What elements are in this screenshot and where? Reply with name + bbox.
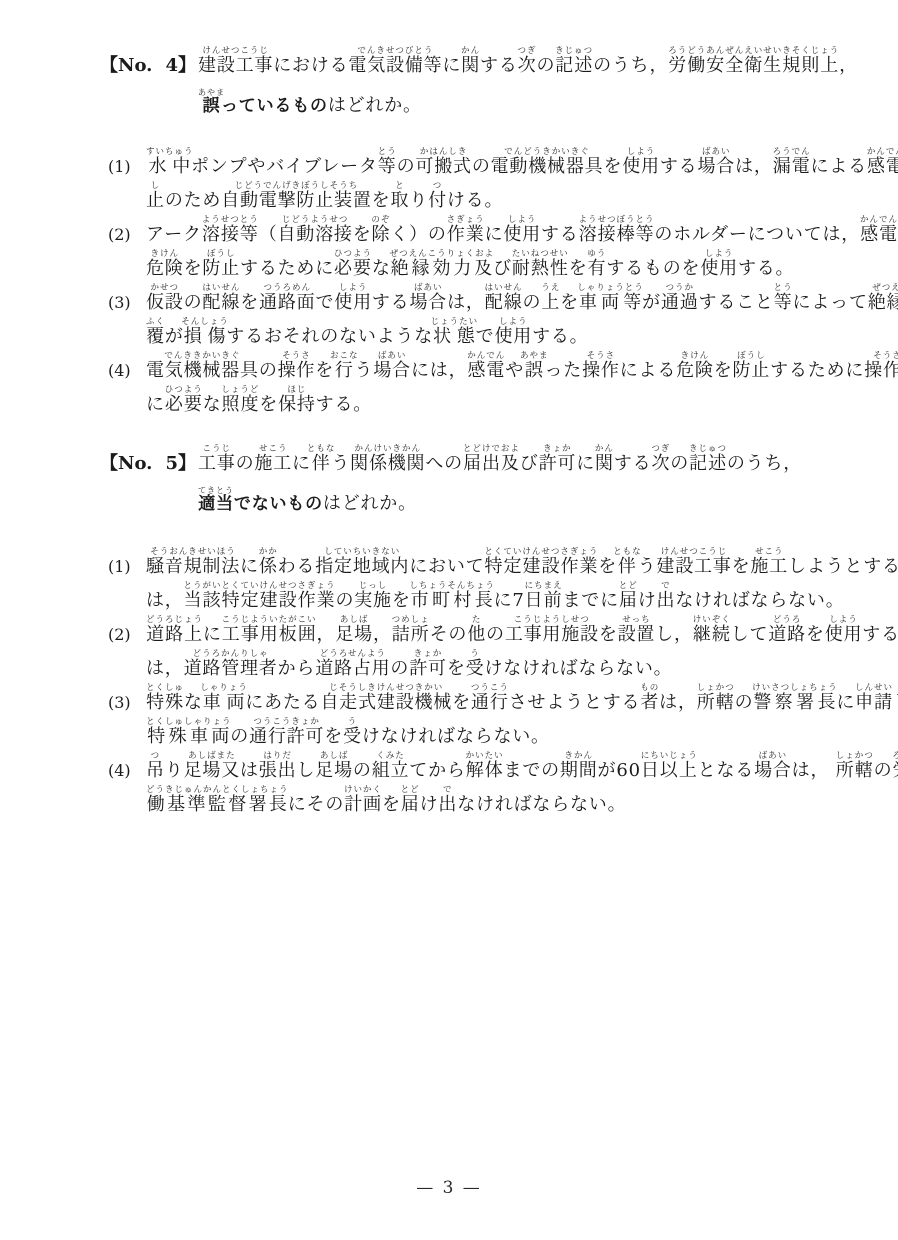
question-label-number: 4】 [165, 40, 196, 80]
question-no4-options: (1) 水中すいちゅうポンプやバイブレータ等とうの可搬式かはんしきの電動機械器具… [108, 144, 898, 416]
question-no4-number-label: 【No. 4】 [100, 40, 196, 80]
question-no4: 【No. 4】 建設工事けんせつこうじにおける電気設備等でんきせつびとうに関かん… [0, 40, 898, 416]
question-no5: 【No. 5】 工事こうじの施工せこうに伴ともなう関係機関かんけいきかんへの届出… [0, 438, 898, 816]
option-row: (4) 吊つり足場又あしばまたは張出はりだし足場あしばの組立くみたてから解体かい… [108, 748, 898, 816]
option-row: (3) 仮設かせつの配線はいせんを通路面つうろめんで使用しようする場合ばあいは，… [108, 280, 898, 348]
option-number: (1) [108, 544, 146, 578]
option-number: (3) [108, 280, 146, 314]
option-number: (1) [108, 144, 146, 178]
option-row: (4) 電気機械器具でんききかいきぐの操作そうさを行おこなう場合ばあいには，感電… [108, 348, 898, 416]
option-text: アーク溶接等ようせつとう（自動溶接じどうようせつを除のぞく）の作業さぎょうに使用… [146, 212, 898, 280]
option-number: (4) [108, 748, 146, 782]
option-text: 特殊とくしゅな車両しゃりょうにあたる自走式建設機械じそうしきけんせつきかいを通行… [146, 680, 898, 748]
option-number: (2) [108, 212, 146, 246]
question-no5-header-row: 【No. 5】 工事こうじの施工せこうに伴ともなう関係機関かんけいきかんへの届出… [100, 438, 898, 518]
option-text: 騒音規制法そうおんきせいほうに係かかわる指定地域内していちいきないにおいて特定建… [146, 544, 898, 612]
option-row: (1) 水中すいちゅうポンプやバイブレータ等とうの可搬式かはんしきの電動機械器具… [108, 144, 898, 212]
question-no5-text: 工事こうじの施工せこうに伴ともなう関係機関かんけいきかんへの届出及とどけでおよび… [198, 438, 802, 518]
question-label-prefix: 【No. [100, 40, 152, 80]
question-no5-options: (1) 騒音規制法そうおんきせいほうに係かかわる指定地域内していちいきないにおい… [108, 544, 898, 816]
exam-page: 【No. 4】 建設工事けんせつこうじにおける電気設備等でんきせつびとうに関かん… [0, 0, 898, 1240]
option-number: (4) [108, 348, 146, 382]
option-row: (3) 特殊とくしゅな車両しゃりょうにあたる自走式建設機械じそうしきけんせつきか… [108, 680, 898, 748]
question-label-prefix: 【No. [100, 438, 152, 478]
question-no4-header-row: 【No. 4】 建設工事けんせつこうじにおける電気設備等でんきせつびとうに関かん… [100, 40, 898, 120]
page-number: — 3 — [0, 1178, 898, 1198]
option-number: (3) [108, 680, 146, 714]
option-row: (2) 道路上どうろじょうに工事用板囲こうじよういたがこい，足場あしば，詰所つめ… [108, 612, 898, 680]
option-text: 道路上どうろじょうに工事用板囲こうじよういたがこい，足場あしば，詰所つめしょその… [146, 612, 898, 680]
option-text: 仮設かせつの配線はいせんを通路面つうろめんで使用しようする場合ばあいは，配線はい… [146, 280, 898, 348]
option-text: 吊つり足場又あしばまたは張出はりだし足場あしばの組立くみたてから解体かいたいまで… [146, 748, 898, 816]
option-text: 電気機械器具でんききかいきぐの操作そうさを行おこなう場合ばあいには，感電かんでん… [146, 348, 898, 416]
option-text: 水中すいちゅうポンプやバイブレータ等とうの可搬式かはんしきの電動機械器具でんどう… [146, 144, 898, 212]
option-number: (2) [108, 612, 146, 646]
question-no4-text: 建設工事けんせつこうじにおける電気設備等でんきせつびとうに関かんする次つぎの記述… [198, 40, 858, 120]
question-no5-number-label: 【No. 5】 [100, 438, 196, 478]
option-row: (2) アーク溶接等ようせつとう（自動溶接じどうようせつを除のぞく）の作業さぎょ… [108, 212, 898, 280]
option-row: (1) 騒音規制法そうおんきせいほうに係かかわる指定地域内していちいきないにおい… [108, 544, 898, 612]
question-label-number: 5】 [165, 438, 196, 478]
